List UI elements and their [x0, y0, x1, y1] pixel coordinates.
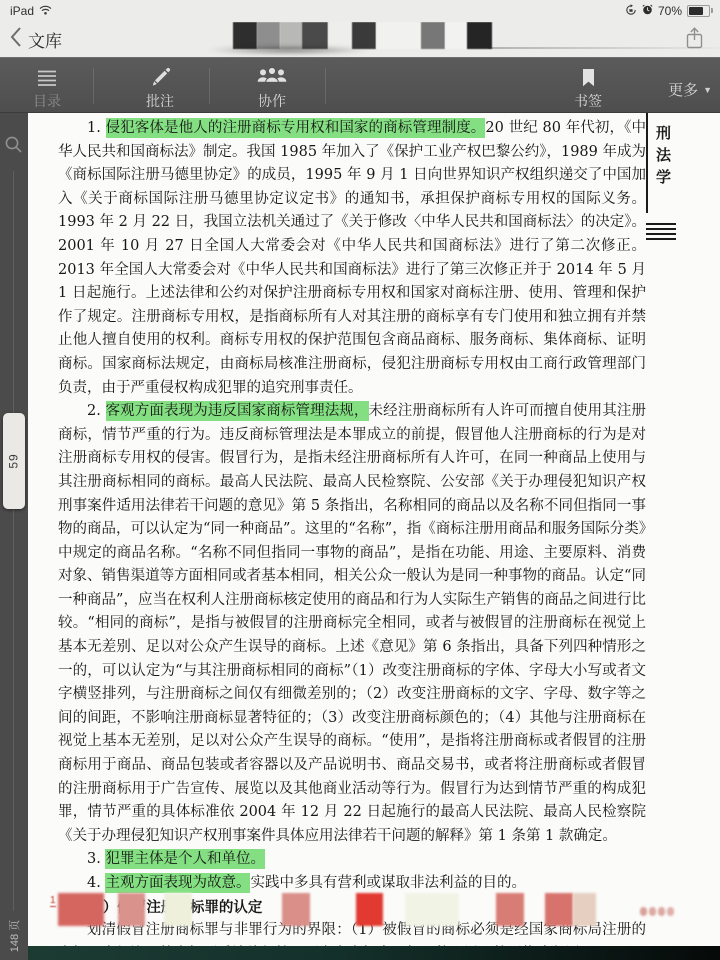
more-label: 更多 — [668, 79, 698, 100]
censored-block — [376, 22, 421, 49]
battery-icon — [687, 5, 710, 17]
footnote-marker: 1 — [50, 895, 56, 907]
censored-block — [405, 893, 459, 926]
chapter-tab-lines — [646, 223, 680, 240]
collaborate-label: 协作 — [258, 91, 286, 111]
annotate-label: 批注 — [146, 91, 174, 111]
paragraph-text: 实践中多具有营利或谋取非法利益的目的。 — [250, 875, 526, 891]
censored-block — [649, 907, 656, 916]
back-label: 文库 — [28, 27, 62, 52]
footer-censored-row: 1 — [48, 893, 698, 926]
chevron-down-icon: ▼ — [703, 85, 712, 95]
bookmark-icon — [582, 65, 595, 87]
device-label: iPad — [10, 4, 34, 18]
paragraph-text: 20 世纪 80 年代初，《中华人民共和国商标法》制定。我国 1985 年加入了… — [58, 120, 646, 396]
highlight-annotation[interactable]: 主观方面表现为故意。 — [105, 873, 250, 893]
censored-block — [118, 893, 145, 926]
page-slider-track[interactable] — [13, 171, 14, 911]
paragraph-3: 3. 犯罪主体是个人和单位。 — [58, 848, 646, 872]
people-icon — [254, 65, 290, 87]
chapter-tab-label: 刑法学 — [653, 125, 674, 191]
highlight-annotation[interactable]: 侵犯客体是他人的注册商标专用权和国家的商标管理制度。 — [106, 118, 486, 138]
censored-block — [282, 893, 310, 926]
censored-block — [328, 22, 352, 49]
chevron-left-icon — [10, 26, 22, 53]
bookmark-label: 书签 — [574, 91, 602, 111]
censored-block — [58, 893, 104, 926]
censored-block — [445, 22, 467, 49]
status-bar: iPad 70% — [0, 0, 720, 22]
toolbar: 目录 批注 协作 书签 更多 ▼ — [0, 57, 720, 113]
censored-block — [356, 893, 383, 926]
bookmark-button[interactable]: 书签 — [574, 65, 602, 111]
back-button[interactable]: 文库 — [10, 26, 62, 53]
annotate-button[interactable]: 批注 — [146, 65, 174, 111]
toc-button[interactable]: 目录 — [33, 65, 61, 111]
censored-block — [257, 22, 280, 49]
search-icon[interactable] — [4, 135, 23, 159]
highlight-annotation[interactable]: 客观方面表现为违反国家商标管理法规， — [106, 401, 369, 421]
censored-block — [467, 22, 492, 49]
document-text: 1. 侵犯客体是他人的注册商标专用权和国家的商标管理制度。20 世纪 80 年代… — [58, 117, 646, 960]
toolbar-separator — [325, 68, 326, 104]
censored-block — [667, 907, 674, 916]
toc-label: 目录 — [33, 91, 61, 111]
list-number: 4. — [87, 875, 105, 891]
toc-icon — [36, 65, 58, 87]
censored-block — [280, 22, 302, 49]
censored-block — [421, 22, 445, 49]
toolbar-separator — [93, 68, 94, 104]
chapter-edge-tab: 刑法学 — [646, 113, 680, 243]
document-page: 刑法学 1. 侵犯客体是他人的注册商标专用权和国家的商标管理制度。20 世纪 8… — [28, 113, 720, 946]
page-navigation-strip: 59 148 页 — [0, 113, 28, 960]
censored-block — [352, 22, 376, 49]
share-button[interactable] — [685, 26, 704, 55]
navigation-bar: 文库 — [0, 22, 720, 57]
battery-percent: 70% — [658, 4, 682, 18]
collaborate-button[interactable]: 协作 — [254, 65, 290, 111]
pencil-icon — [150, 65, 171, 87]
ipad-screen: iPad 70% 文库 目录 批注 协作 — [0, 0, 720, 960]
paragraph-text: 未经注册商标所有人许可而擅自使用其注册商标，情节严重的行为。违反商标管理法是本罪… — [58, 403, 646, 844]
bottom-edge-bar — [28, 946, 720, 960]
censored-block — [302, 22, 328, 49]
paragraph-1: 1. 侵犯客体是他人的注册商标专用权和国家的商标管理制度。20 世纪 80 年代… — [58, 117, 646, 400]
document-title-censored — [233, 22, 513, 49]
alarm-icon — [642, 4, 653, 18]
censored-block — [640, 907, 647, 916]
toolbar-separator — [209, 68, 210, 104]
censored-block — [658, 907, 665, 916]
censored-block — [545, 893, 573, 926]
censored-block — [496, 893, 524, 926]
list-number: 2. — [87, 403, 106, 419]
page-slider-handle[interactable]: 59 — [3, 413, 25, 509]
censored-block — [164, 893, 192, 926]
more-button[interactable]: 更多 ▼ — [668, 79, 712, 100]
rotation-lock-icon — [625, 4, 637, 19]
censored-block — [573, 893, 596, 926]
list-number: 1. — [87, 120, 106, 136]
content-area: 59 148 页 刑法学 1. 侵犯客体是他人的注册商标专用权和国家的商标管理制… — [0, 113, 720, 960]
current-page-number: 59 — [7, 453, 21, 468]
censored-block — [233, 22, 257, 49]
highlight-annotation[interactable]: 犯罪主体是个人和单位。 — [105, 849, 265, 869]
total-pages-label: 148 页 — [6, 920, 22, 952]
paragraph-2: 2. 客观方面表现为违反国家商标管理法规，未经注册商标所有人许可而擅自使用其注册… — [58, 400, 646, 848]
wifi-icon — [39, 4, 52, 18]
list-number: 3. — [87, 851, 105, 867]
